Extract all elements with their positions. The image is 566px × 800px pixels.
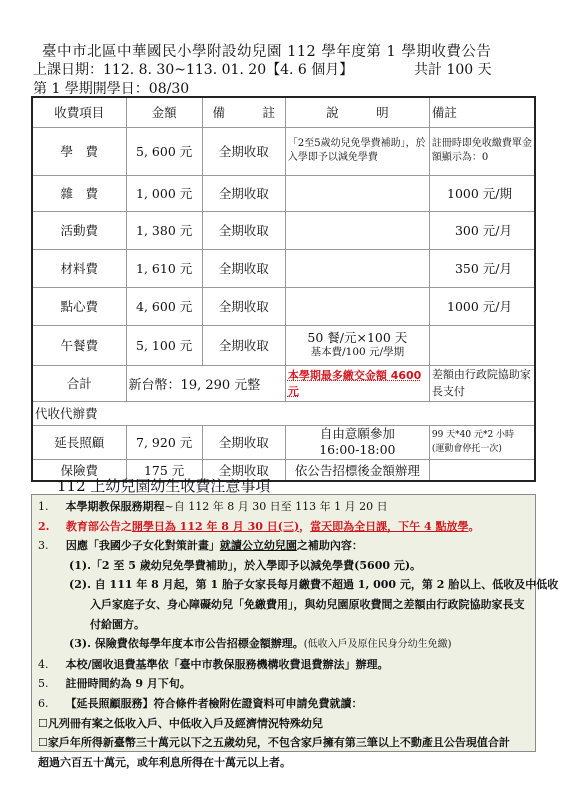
fee-table: 收費項目 金額 備 註 說 明 備註 學 費 5, 600 元 全期收取 「2至… (31, 96, 536, 482)
remark-line: (運動會停托一次) (432, 442, 532, 456)
amount-cell: 1, 000 元 (126, 175, 202, 211)
checkbox-item-cont: 超過六百五十萬元，或年利息所得在十萬元以上者。 (38, 753, 535, 773)
note-text: 因應「我國少子女化對策計畫」 (66, 539, 220, 552)
note-text: 本校/園收退費基準依「臺中市教保服務機構收費退費辦法」辦理。 (66, 658, 389, 671)
note-cell: 全期收取 (202, 249, 285, 287)
item-cell: 雜 費 (32, 175, 126, 211)
table-row: 學 費 5, 600 元 全期收取 「2至5歲幼兒免學費補助」，於入學即予以減免… (32, 127, 535, 175)
desc-cell: 自由意願參加 16:00-18:00 (285, 425, 429, 459)
desc-line: 50 餐/元×100 天 (288, 330, 427, 345)
remark-cell: 1000 元/月 (429, 287, 535, 325)
note-bold: 本學期教保服務期程 (66, 500, 165, 513)
note-sub-item-cont: 入戶家庭子女、身心障礙幼兒「免繳費用」，與幼兒園原收費間之差額由行政院協助家長支 (38, 595, 535, 615)
note-sub-item: (2). 自 111 年 8 月起，第 1 胎子女家長每月繳費不超過 1, 00… (38, 575, 535, 595)
item-cell: 午餐費 (32, 325, 126, 365)
table-row: 雜 費 1, 000 元 全期收取 1000 元/期 (32, 175, 535, 211)
note-sub-item-cont: 付給園方。 (38, 615, 535, 635)
section-row: 代收代辦費 (32, 401, 535, 425)
note-cell: 全期收取 (202, 127, 285, 175)
note-text: 。 (468, 520, 479, 533)
note-text: 之補助內容： (297, 539, 363, 552)
note-number: 3. (38, 536, 62, 556)
note-number: 6. (38, 694, 62, 714)
remark-cell: 1000 元/期 (429, 175, 535, 211)
note-sub-item: (3). 保險費依每學年度本市公告招標金額辦理。(低收入戶及原住民身分幼生免繳) (38, 634, 535, 655)
note-extra: (低收入戶及原住民身分幼生免繳) (304, 639, 452, 650)
note-number: 4. (38, 655, 62, 675)
page-title: 臺中市北區中華國民小學附設幼兒園 112 學年度第 1 學期收費公告 (42, 40, 491, 61)
amount-cell: 5, 100 元 (126, 325, 202, 365)
remark-cell: 300 元/月 (429, 211, 535, 249)
note-underlined: 開學日為 112 年 8 月 30 日(三) (132, 520, 299, 533)
note-underlined: 就讀公立幼兒園 (220, 539, 297, 552)
note-number: 2. (38, 517, 62, 537)
note-cell: 全期收取 (202, 425, 285, 459)
note-cell: 全期收取 (202, 175, 285, 211)
note-text: 【延長照顧服務】符合條件者檢附佐證資料可申請免費就讀： (66, 697, 363, 710)
note-item: 2. 教育部公告之開學日為 112 年 8 月 30 日(三)，當天即為全日課，… (38, 517, 535, 537)
note-item: 4. 本校/園收退費基準依「臺中市教保服務機構收費退費辦法」辦理。 (38, 655, 535, 675)
desc-cell (285, 249, 429, 287)
max-payment-note: 本學期最多繳交金額 4600 元 (288, 369, 421, 398)
total-highlight: 本學期最多繳交金額 4600 元 (285, 365, 429, 401)
note-text: ， (299, 520, 310, 533)
note-sub-item: (1).「2 至 5 歲幼兒免學費補助」，於入學即予以減免學費(5600 元)。 (38, 556, 535, 576)
header-note: 備 註 (202, 97, 285, 127)
notes-title: 112 上幼兒園幼生收費注意事項 (57, 475, 270, 496)
amount-cell: 7, 920 元 (126, 425, 202, 459)
desc-cell (285, 175, 429, 211)
table-row: 活動費 1, 380 元 全期收取 300 元/月 (32, 211, 535, 249)
table-row: 點心費 4, 600 元 全期收取 1000 元/月 (32, 287, 535, 325)
checkbox-text: 凡列冊有案之低收入戶、中低收入戶及經濟情況特殊幼兒 (48, 717, 323, 730)
note-cell: 全期收取 (202, 287, 285, 325)
amount-cell: 5, 600 元 (126, 127, 202, 175)
table-header-row: 收費項目 金額 備 註 說 明 備註 (32, 97, 535, 127)
class-dates: 上課日期：112. 8. 30~113. 01. 20【4. 6 個月】 (33, 62, 353, 78)
section-label: 代收代辦費 (32, 401, 535, 425)
total-row: 合計 新台幣：19, 290 元整 本學期最多繳交金額 4600 元 差額由行政… (32, 365, 535, 401)
header-desc: 說 明 (285, 97, 429, 127)
amount-cell: 1, 610 元 (126, 249, 202, 287)
desc-line: 自由意願參加 (288, 426, 427, 442)
desc-cell (285, 287, 429, 325)
note-text: (3). 保險費依每學年度本市公告招標金額辦理。 (69, 637, 304, 650)
table-row: 延長照顧 7, 920 元 全期收取 自由意願參加 16:00-18:00 99… (32, 425, 535, 459)
remark-cell: 99 天*40 元*2 小時 (運動會停托一次) (429, 425, 535, 459)
note-text: ~自 112 年 8 月 30 日至 113 年 1 月 20 日 (165, 500, 388, 513)
note-item: 3. 因應「我國少子女化對策計畫」就讀公立幼兒園之補助內容： (38, 536, 535, 556)
total-remark: 差額由行政院協助家長支付 (429, 365, 535, 401)
first-day: 第 1 學期開學日：08/30 (33, 78, 189, 98)
total-amount: 新台幣：19, 290 元整 (126, 365, 285, 401)
total-days: 共計 100 天 (414, 59, 492, 79)
desc-cell: 依公告招標後金額辦理 (285, 459, 429, 481)
remark-cell (429, 325, 535, 365)
remark-cell: 註冊時即免收繳費單金額顯示為：0 (429, 127, 535, 175)
note-item: 1. 本學期教保服務期程~自 112 年 8 月 30 日至 113 年 1 月… (38, 497, 535, 517)
note-number: 1. (38, 497, 62, 517)
checkbox-text: 家戶年所得新臺幣三十萬元以下之五歲幼兒，不包含家戶擁有第三筆以上不動產且公告現值… (48, 736, 510, 749)
note-underlined: 當天即為全日課，下午 4 點放學 (310, 520, 468, 533)
desc-cell: 50 餐/元×100 天 基本費/100 元/學期 (285, 325, 429, 365)
checkbox-item: ☐凡列冊有案之低收入戶、中低收入戶及經濟情況特殊幼兒 (38, 714, 535, 734)
amount-cell: 4, 600 元 (126, 287, 202, 325)
note-item: 5. 註冊時間約為 9 月下旬。 (38, 674, 535, 694)
remark-cell (429, 459, 535, 481)
note-cell: 全期收取 (202, 325, 285, 365)
desc-cell: 「2至5歲幼兒免學費補助」，於入學即予以減免學費 (285, 127, 429, 175)
header-item: 收費項目 (32, 97, 126, 127)
item-cell: 學 費 (32, 127, 126, 175)
item-cell: 材料費 (32, 249, 126, 287)
header-amount: 金額 (126, 97, 202, 127)
remark-cell: 350 元/月 (429, 249, 535, 287)
item-cell: 延長照顧 (32, 425, 126, 459)
note-text: 註冊時間約為 9 月下旬。 (66, 677, 191, 690)
checkbox-icon: ☐ (38, 736, 48, 749)
table-row: 午餐費 5, 100 元 全期收取 50 餐/元×100 天 基本費/100 元… (32, 325, 535, 365)
note-number: 5. (38, 674, 62, 694)
header-remark: 備註 (429, 97, 535, 127)
notes-box: 1. 本學期教保服務期程~自 112 年 8 月 30 日至 113 年 1 月… (31, 494, 536, 752)
total-label: 合計 (32, 365, 126, 401)
note-text: 教育部公告之 (66, 520, 132, 533)
desc-line: 基本費/100 元/學期 (288, 345, 427, 360)
table-row: 材料費 1, 610 元 全期收取 350 元/月 (32, 249, 535, 287)
checkbox-icon: ☐ (38, 717, 48, 730)
remark-line: 99 天*40 元*2 小時 (432, 428, 532, 442)
checkbox-item: ☐家戶年所得新臺幣三十萬元以下之五歲幼兒，不包含家戶擁有第三筆以上不動產且公告現… (38, 733, 535, 753)
item-cell: 活動費 (32, 211, 126, 249)
desc-cell (285, 211, 429, 249)
amount-cell: 1, 380 元 (126, 211, 202, 249)
note-cell: 全期收取 (202, 211, 285, 249)
desc-line: 16:00-18:00 (288, 442, 427, 458)
note-item: 6. 【延長照顧服務】符合條件者檢附佐證資料可申請免費就讀： (38, 694, 535, 714)
item-cell: 點心費 (32, 287, 126, 325)
class-dates-line: 上課日期：112. 8. 30~113. 01. 20【4. 6 個月】 共計 … (33, 59, 353, 79)
